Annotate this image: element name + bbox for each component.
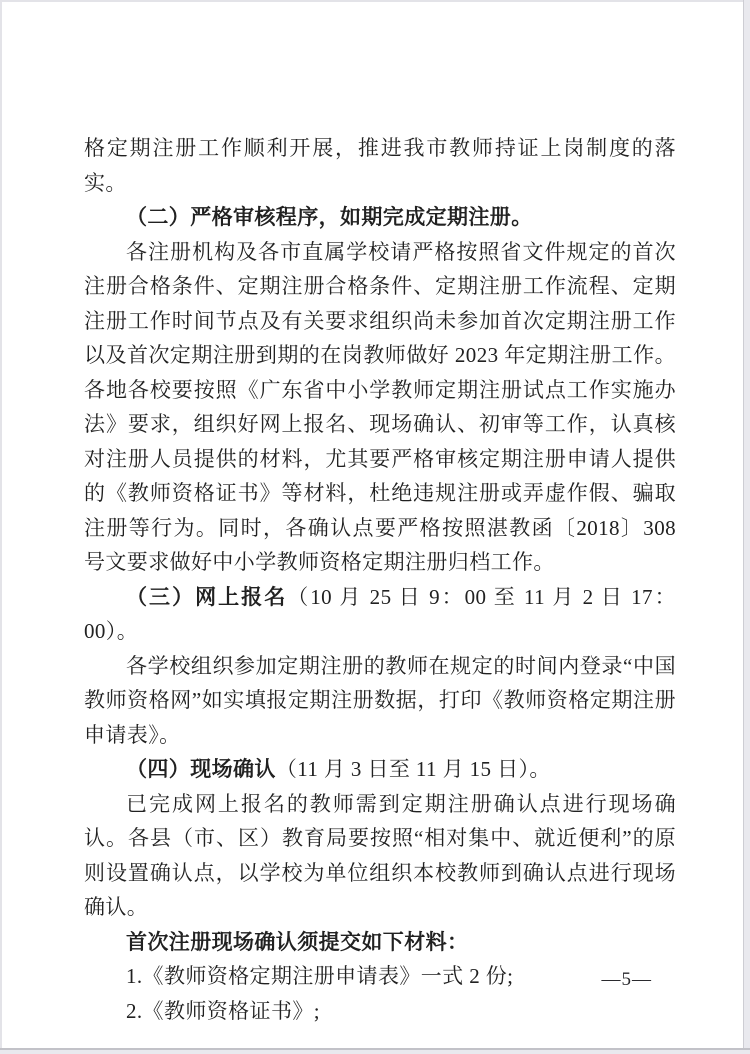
- section-heading-2: （二）严格审核程序，如期完成定期注册。: [84, 200, 676, 235]
- page-number: —5—: [0, 969, 652, 991]
- section-heading-4: （四）现场确认（11 月 3 日至 11 月 15 日）。: [84, 752, 676, 787]
- materials-heading: 首次注册现场确认须提交如下材料：: [84, 925, 676, 960]
- page-edge-left: [0, 0, 2, 1054]
- page-edge-bottom: [0, 1048, 750, 1054]
- material-item-2: 2.《教师资格证书》;: [84, 994, 676, 1029]
- section-heading-4-dates: （11 月 3 日至 11 月 15 日）。: [276, 757, 551, 781]
- document-page: 格定期注册工作顺利开展，推进我市教师持证上岗制度的落实。 （二）严格审核程序，如…: [0, 0, 750, 1054]
- section-heading-4-title: （四）现场确认: [126, 757, 276, 781]
- document-body: 格定期注册工作顺利开展，推进我市教师持证上岗制度的落实。 （二）严格审核程序，如…: [84, 131, 676, 1028]
- page-edge-top: [0, 0, 750, 2]
- paragraph-section-3: 各学校组织参加定期注册的教师在规定的时间内登录“中国教师资格网”如实填报定期注册…: [84, 649, 676, 753]
- paragraph-continuation: 格定期注册工作顺利开展，推进我市教师持证上岗制度的落实。: [84, 131, 676, 200]
- section-heading-3: （三）网上报名（10 月 25 日 9：00 至 11 月 2 日 17：00）…: [84, 580, 676, 649]
- paragraph-section-2: 各注册机构及各市直属学校请严格按照省文件规定的首次注册合格条件、定期注册合格条件…: [84, 235, 676, 580]
- section-heading-3-title: （三）网上报名: [126, 585, 287, 609]
- paragraph-section-4: 已完成网上报名的教师需到定期注册确认点进行现场确认。各县（市、区）教育局要按照“…: [84, 787, 676, 925]
- page-edge-right: [743, 0, 750, 1054]
